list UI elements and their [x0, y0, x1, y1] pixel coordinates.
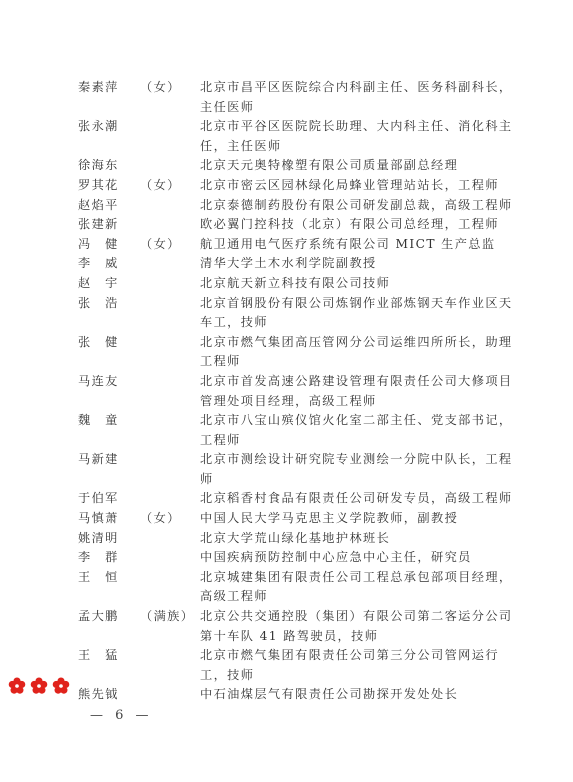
person-name: 王 恒: [78, 568, 140, 607]
person-name: 赵 宇: [78, 274, 140, 294]
person-title: 北京市首发高速公路建设管理有限责任公司大修项目管理处项目经理，高级工程师: [200, 372, 518, 411]
person-name: 马新建: [78, 450, 140, 489]
list-item: 张建新欧必翼门控科技（北京）有限公司总经理，工程师: [78, 215, 518, 235]
person-note: [140, 529, 200, 549]
person-note: [140, 685, 200, 705]
list-item: 李 威清华大学土木水利学院副教授: [78, 254, 518, 274]
list-item: 魏 童北京市八宝山殡仪馆火化室二部主任、党支部书记，工程师: [78, 411, 518, 450]
person-title: 北京首钢股份有限公司炼钢作业部炼钢天车作业区天车工，技师: [200, 294, 518, 333]
person-name: 马连友: [78, 372, 140, 411]
person-note: （女）: [140, 78, 200, 117]
person-title: 北京航天新立科技有限公司技师: [200, 274, 518, 294]
person-note: [140, 646, 200, 685]
list-item: 赵焰平北京泰德制药股份有限公司研发副总裁，高级工程师: [78, 196, 518, 216]
person-note: （女）: [140, 509, 200, 529]
person-note: [140, 156, 200, 176]
person-note: [140, 411, 200, 450]
list-item: 罗其花（女）北京市密云区园林绿化局蜂业管理站站长，工程师: [78, 176, 518, 196]
person-name: 马慎萧: [78, 509, 140, 529]
list-item: 秦素萍（女）北京市昌平区医院综合内科副主任、医务科副科长，主任医师: [78, 78, 518, 117]
person-title: 中石油煤层气有限责任公司勘探开发处处长: [200, 685, 518, 705]
person-note: [140, 254, 200, 274]
person-name: 张永潮: [78, 117, 140, 156]
person-note: [140, 196, 200, 216]
person-name: 张建新: [78, 215, 140, 235]
list-item: 王 猛北京市燃气集团有限责任公司第三分公司管网运行工，技师: [78, 646, 518, 685]
person-title: 北京市测绘设计研究院专业测绘一分院中队长，工程师: [200, 450, 518, 489]
person-note: [140, 294, 200, 333]
person-name: 王 猛: [78, 646, 140, 685]
person-name: 魏 童: [78, 411, 140, 450]
page-number: — 6 —: [90, 708, 153, 723]
person-name: 冯 健: [78, 235, 140, 255]
person-name: 罗其花: [78, 176, 140, 196]
person-note: [140, 372, 200, 411]
list-item: 张 健北京市燃气集团高压管网分公司运维四所所长，助理工程师: [78, 333, 518, 372]
honoree-list: 秦素萍（女）北京市昌平区医院综合内科副主任、医务科副科长，主任医师 张永潮北京市…: [78, 78, 518, 705]
person-title: 北京大学荒山绿化基地护林班长: [200, 529, 518, 549]
person-title: 北京市燃气集团有限责任公司第三分公司管网运行工，技师: [200, 646, 518, 685]
list-item: 李 群中国疾病预防控制中心应急中心主任，研究员: [78, 548, 518, 568]
person-title: 北京市密云区园林绿化局蜂业管理站站长，工程师: [200, 176, 518, 196]
list-item: 张永潮北京市平谷区医院院长助理、大内科主任、消化科主任，主任医师: [78, 117, 518, 156]
person-name: 李 群: [78, 548, 140, 568]
list-item: 马慎萧（女）中国人民大学马克思主义学院教师，副教授: [78, 509, 518, 529]
list-item: 孟大鹏（满族）北京公共交通控股（集团）有限公司第二客运分公司第十车队 41 路驾…: [78, 607, 518, 646]
list-item: 熊先钺中石油煤层气有限责任公司勘探开发处处长: [78, 685, 518, 705]
flower-icon: [52, 677, 70, 695]
person-note: [140, 215, 200, 235]
person-name: 张 浩: [78, 294, 140, 333]
list-item: 马连友北京市首发高速公路建设管理有限责任公司大修项目管理处项目经理，高级工程师: [78, 372, 518, 411]
list-item: 张 浩北京首钢股份有限公司炼钢作业部炼钢天车作业区天车工，技师: [78, 294, 518, 333]
list-item: 马新建北京市测绘设计研究院专业测绘一分院中队长，工程师: [78, 450, 518, 489]
person-name: 赵焰平: [78, 196, 140, 216]
person-title: 北京市昌平区医院综合内科副主任、医务科副科长，主任医师: [200, 78, 518, 117]
person-name: 熊先钺: [78, 685, 140, 705]
list-item: 徐海东北京天元奥特橡塑有限公司质量部副总经理: [78, 156, 518, 176]
person-name: 于伯军: [78, 489, 140, 509]
list-item: 姚清明北京大学荒山绿化基地护林班长: [78, 529, 518, 549]
flower-icon: [30, 677, 48, 695]
person-note: [140, 548, 200, 568]
person-name: 徐海东: [78, 156, 140, 176]
person-title: 北京公共交通控股（集团）有限公司第二客运分公司第十车队 41 路驾驶员，技师: [200, 607, 518, 646]
person-title: 北京市平谷区医院院长助理、大内科主任、消化科主任，主任医师: [200, 117, 518, 156]
list-item: 冯 健（女）航卫通用电气医疗系统有限公司 MICT 生产总监: [78, 235, 518, 255]
person-name: 孟大鹏: [78, 607, 140, 646]
person-note: （满族）: [140, 607, 200, 646]
person-name: 秦素萍: [78, 78, 140, 117]
person-name: 姚清明: [78, 529, 140, 549]
person-name: 张 健: [78, 333, 140, 372]
person-note: （女）: [140, 176, 200, 196]
person-note: [140, 117, 200, 156]
flower-decoration: [8, 677, 70, 695]
person-note: [140, 333, 200, 372]
person-title: 北京稻香村食品有限责任公司研发专员，高级工程师: [200, 489, 518, 509]
person-title: 北京城建集团有限责任公司工程总承包部项目经理，高级工程师: [200, 568, 518, 607]
person-note: [140, 450, 200, 489]
person-title: 中国人民大学马克思主义学院教师，副教授: [200, 509, 518, 529]
person-title: 航卫通用电气医疗系统有限公司 MICT 生产总监: [200, 235, 518, 255]
person-title: 北京天元奥特橡塑有限公司质量部副总经理: [200, 156, 518, 176]
person-title: 中国疾病预防控制中心应急中心主任，研究员: [200, 548, 518, 568]
person-note: [140, 568, 200, 607]
person-note: （女）: [140, 235, 200, 255]
flower-icon: [8, 677, 26, 695]
person-title: 北京市八宝山殡仪馆火化室二部主任、党支部书记，工程师: [200, 411, 518, 450]
list-item: 于伯军北京稻香村食品有限责任公司研发专员，高级工程师: [78, 489, 518, 509]
list-item: 王 恒北京城建集团有限责任公司工程总承包部项目经理，高级工程师: [78, 568, 518, 607]
person-title: 北京泰德制药股份有限公司研发副总裁，高级工程师: [200, 196, 518, 216]
person-note: [140, 489, 200, 509]
person-note: [140, 274, 200, 294]
person-title: 北京市燃气集团高压管网分公司运维四所所长，助理工程师: [200, 333, 518, 372]
person-name: 李 威: [78, 254, 140, 274]
list-item: 赵 宇北京航天新立科技有限公司技师: [78, 274, 518, 294]
person-title: 清华大学土木水利学院副教授: [200, 254, 518, 274]
person-title: 欧必翼门控科技（北京）有限公司总经理，工程师: [200, 215, 518, 235]
